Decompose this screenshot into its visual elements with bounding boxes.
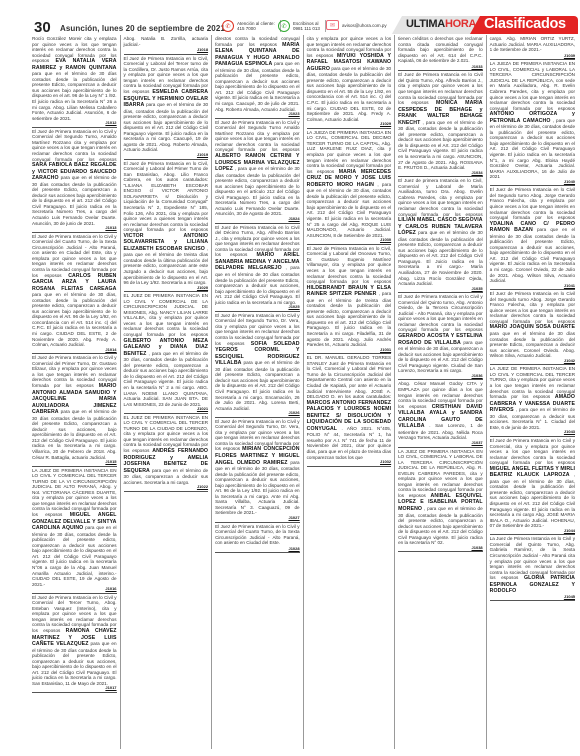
notice-ref: J1023 [215,112,300,117]
notice-names: MARIO JOAQUIN SOSA DUARTE [490,324,575,330]
notice-text: directos contra la sociedad conyugal for… [215,36,300,112]
notice-body: para que en el término de 30 días, conta… [32,525,117,586]
notice-body: para que en el término de 30 días contad… [32,175,117,225]
notice-ref: J1031 [307,348,392,353]
notice-intro: EL DR. MANUEL GERALDO TORRES STANLEY Jue… [307,355,392,399]
legal-notice: Rocío González Moreir cita y emplaza por… [32,35,117,128]
column-2: Abog. Natalia B. Zorrilla, actuaria judi… [121,35,213,749]
notice-body: para que en el término de 30 días contad… [215,360,300,410]
legal-notice: El Juez de Primera Instancia en lo Civil… [398,71,483,177]
legal-notice: El Juez de Primera Instancia en lo Civil… [124,160,209,293]
column-3: directos contra la sociedad conyugal for… [212,35,304,749]
legal-notice: La Juez de Primera Instancia en lo Civil… [490,535,575,601]
notice-text: El Juez de Primera Instancia en lo Civil… [32,129,117,226]
notice-ref: J1045 [490,595,575,600]
section-banner: Clasificados [470,16,578,34]
legal-notice: El Juez de Primera Instancia en lo Civil… [215,523,300,554]
notice-names: MIGUEL ANGEL FLEITAS Y MIRLI BEATRIZ KLA… [490,466,575,479]
notice-text: LA JUEZ DE PRIMERA INSTANCIA EN LO CIVIL… [32,468,117,587]
legal-notice: El Juez de Primera Instancia en lo Civil… [32,128,117,233]
notice-ref: J1030 [307,238,392,243]
page-header: 30 Asunción, lunes 20 de septiembre de 2… [0,0,580,34]
page-number: 30 [34,19,51,36]
notice-body: para que en el término de 30 días contad… [32,71,117,120]
notice-ref: J1034 [398,171,483,176]
notice-body: para que en el término de 30 días, conta… [215,460,300,516]
notice-text: Abog. Natalia B. Zorrilla, actuaria judi… [124,36,209,48]
notice-text: El Juez de primera Instancia en lo Civil… [398,178,483,286]
contact-label: Escribinos al [293,21,319,26]
notice-intro: El Juez de Primera Instancia en lo Civil… [307,246,392,284]
legal-notice: El Juez de Primera Instancia en lo Civil… [32,594,117,693]
notice-intro: EL JUEZ DE PRIMERA INSTANCIA EN LO CIVIL… [124,293,209,337]
notice-text: El Juez de Primera Instancia en lo Civil… [490,438,575,529]
notice-ref: J1041 [490,284,575,289]
notice-text: El Juez de Primera Instancia en lo Civil… [490,187,575,283]
legal-notice: El Juez de Primera Instancia en lo Civil… [490,437,575,535]
contact-label: Atención al cliente: [237,21,275,26]
notice-text: El Juez de Primera Instancia en lo Civil… [215,120,300,217]
notice-text: El Juez de Primera Instancia en lo Civil… [398,294,483,374]
notice-intro: El Juez de Primera Instancia en lo Civil… [124,161,209,233]
notice-intro: El Juez de primera Instancia en lo Civil… [398,178,483,216]
notice-text: cargo. Abg. MIRIAN ORTIZ YURTZ, Actuario… [490,36,575,54]
section-title: Clasificados [484,16,566,32]
legal-notice: El Juez de Primera Instancia en lo Civil… [215,119,300,224]
notice-body: para que en el término de 30 días contad… [32,409,117,459]
notice-ref: J1018 [124,48,209,53]
classifieds-columns: Rocío González Moreir cita y emplaza por… [29,35,578,749]
column-6: cargo. Abg. MIRIAN ORTIZ YURTZ, Actuario… [487,35,578,749]
legal-notice: directos contra la sociedad conyugal for… [215,35,300,119]
legal-notice: LA JUEZ DE PRIMERA INSTANCIA EN LO CIVIL… [490,365,575,437]
legal-notice: El Juez de Primera Instancia en lo Civil… [32,354,117,466]
notice-ref: J1043 [490,430,575,435]
notice-intro: cargo. Abg. MIRIAN ORTIZ YURTZ, Actuario… [490,36,575,52]
notice-body: , para que en el término de treinta días… [124,246,209,285]
notice-ref: J1021 [124,407,209,412]
notice-intro: El Juez de Primera Instancia en lo Civil… [490,187,575,220]
notice-text: El Juez de Primera Instancia en lo Civil… [215,524,300,547]
legal-notice: LA JUEZA DE PRIMERA INSTANCIA EN LO CIVI… [490,60,575,186]
notice-text: El Juez de Primera Instancia en lo Civil… [398,72,483,170]
notice-body: , para que en el término de 30 días cont… [215,166,300,216]
legal-notice: El Juez de Primera Instancia en lo Civil… [398,293,483,380]
notice-ref: J1015 [32,460,117,465]
notice-ref: J1044 [490,529,575,534]
notice-body: para que en el término de 30 días, conta… [215,61,300,111]
notice-intro: LA JUEZ DE PRIMERA INSTANCIA EN LO CIVIL… [398,449,483,498]
notice-ref: J1026 [215,411,300,416]
legal-notice: El Juez de Primera Instancia en lo Civil… [215,418,300,523]
notice-intro: El Juez de Primera Instancia en lo Civil… [32,234,117,278]
notice-intro: El Juez de Primera Instancia en lo Civil… [215,120,300,153]
notice-text: EL JUEZ DE PRIMERA INSTANCIA EN LO CIVIL… [124,415,209,486]
notice-text: El Juez de Primera Instancia en lo Civil… [490,291,575,359]
notice-text: tienen créditos o derechos que reclamar … [398,36,483,65]
contact-email-text: avisos@uhora.com.py [342,23,387,29]
notice-ref: J1029 [307,122,392,127]
notice-text: EL DR. MANUEL GERALDO TORRES STANLEY Jue… [307,355,392,460]
notice-ref: J1014 [32,348,117,353]
notice-ref: J1037 [398,441,483,446]
notice-intro: LA JUEZA DE PRIMERA INSTANCIA EN LO CIVI… [490,61,575,110]
brand-bar: ULTIMAHORA Clasificados [392,16,580,34]
notice-ref: J1016 [32,587,117,592]
notice-body: , para que en el término de 30 días, con… [307,182,392,238]
notice-ref: J1042 [490,359,575,364]
notice-body: , para que en el término de treinta días… [307,291,392,347]
notice-body: para que en el término de 30 días contad… [490,331,575,358]
notice-ref: J1035 [398,287,483,292]
notice-text: El Juez de Primera Instancia en lo Civil… [215,225,300,306]
notice-ref: J1039 [490,54,575,59]
legal-notice: El Juez de Primera Instancia en lo Civil… [490,290,575,365]
notice-ref: J1013 [32,226,117,231]
notice-body: , para que en el término de 30 días, con… [490,118,575,179]
contact-email: ✉ avisos@uhora.com.py [326,20,387,30]
notice-text: El Juez de Primera Instancia en lo Civil… [215,419,300,516]
notice-ref: J1027 [215,516,300,521]
contact-value: 0981 111 013 [293,26,320,31]
legal-notice: EL DR. MANUEL GERALDO TORRES STANLEY Jue… [307,354,392,466]
notice-intro: LA JUEZA DE PRIMERA INSTANCIA EN LO CIVI… [307,130,392,174]
notice-ref: J1032 [307,460,392,465]
notice-text: El Juez de Primera Instancia en lo Civil… [32,355,117,460]
contact-value: 415 7000 [237,26,256,31]
notice-ref: J1038 [398,546,483,551]
notice-text: Rocío González Moreir cita y emplaza por… [32,36,117,121]
legal-notice: El Juez de Primera Instancia en lo Civil… [215,312,300,418]
ultimahora-logo: ULTIMAHORA [406,18,476,30]
legal-notice: Abog. Natalia B. Zorrilla, actuaria judi… [124,35,209,55]
notice-body: , para que en el término de 30 días cont… [215,265,300,304]
notice-text: EL JUEZ DE PRIMERA INSTANCIA EN LO CIVIL… [124,293,209,407]
notice-ref: J1036 [398,374,483,379]
notice-body: para que en el término de 30 días, conta… [307,66,392,122]
legal-notice: tienen créditos o derechos que reclamar … [398,35,483,71]
notice-names: VICTOR ANTONIO SOLAVARRIETA y LILIANA EL… [124,233,209,252]
notice-text: El Juez de Primera Instancia en lo Civil… [124,161,209,286]
notice-ref: J1025 [215,305,300,310]
notice-text: LA JUEZA DE PRIMERA INSTANCIA EN LO CIVI… [490,61,575,179]
notice-intro: El Juez de Primera Instancia en lo Civil… [215,524,300,546]
legal-notice: cita y emplaza por quince veces a los qu… [307,35,392,129]
notice-body: para que en el término de 30 días contad… [32,641,117,686]
notice-text: Abog. César Manuel Godoy CITA y EMPLAZA … [398,381,483,440]
notice-text: LA JUEZ DE PRIMERA INSTANCIA EN LO CIVIL… [490,366,575,430]
notice-text: La Juez de Primera Instancia en lo Civil… [490,536,575,594]
notice-ref: J1024 [215,217,300,222]
notice-body: para que en el término de 30 días contad… [490,227,575,283]
notice-intro: El Juez de Primera Instancia en lo Civil… [32,129,117,162]
column-1: Rocío González Moreir cita y emplaza por… [29,35,121,749]
column-5: tienen créditos o derechos que reclamar … [395,35,487,749]
notice-text: LA JUEZA DE PRIMERA INSTANCIA EN LO CIVI… [307,130,392,238]
whatsapp-icon: ✆ [278,20,290,32]
legal-notice: El Juez de Primera Instancia en lo Civil… [215,224,300,312]
notice-body: para que en el término de 30 días, conta… [32,292,117,347]
notice-intro: El Juez de Primera Instancia en lo Civil… [490,438,575,465]
legal-notice: LA JUEZ DE PRIMERA INSTANCIA EN LO CIVIL… [398,448,483,553]
phone-icon: ✆ [222,20,234,32]
notice-body: , para que en el término de 30 días, con… [124,351,209,407]
notice-ref: J1012 [32,121,117,126]
mail-icon: ✉ [326,20,339,30]
notice-ref: J1028 [215,547,300,552]
legal-notice: EL JUEZ DE PRIMERA INSTANCIA EN LO CIVIL… [124,414,209,492]
notice-body: , para que en el término de 30 días, con… [398,120,483,170]
notice-text: El Juez de Primera Instancia en lo Civil… [32,595,117,687]
notice-text: LA JUEZ DE PRIMERA INSTANCIA EN LO CIVIL… [398,449,483,546]
notice-text: El Juez de Primera Instancia en lo Civil… [124,56,209,153]
notice-intro: La Juez de Primera Instancia en lo Civil… [490,536,575,580]
column-4: cita y emplaza por quince veces a los qu… [304,35,396,749]
notice-intro: LA JUEZ DE PRIMERA INSTANCIA EN LO CIVIL… [32,468,117,517]
legal-notice: cargo. Abg. MIRIAN ORTIZ YURTZ, Actuario… [490,35,575,60]
notice-ref: J1017 [32,686,117,691]
legal-notice: El Juez de Primera Instancia en lo Civil… [490,186,575,290]
notice-intro: El Juez de Primera Instancia en lo Civil… [490,291,575,324]
notice-intro: El Juez de Primera Instancia en lo Civil… [398,294,483,332]
notice-text: El Juez de Primera Instancia en lo Civil… [32,234,117,348]
notice-text: El Juez de Primera Instancia en lo Civil… [215,313,300,411]
legal-notice: LA JUEZ DE PRIMERA INSTANCIA EN LO CIVIL… [32,467,117,594]
notice-body: para que en el término de 30 días contad… [398,230,483,286]
notice-body: para que en el término de 30 días, conta… [124,102,209,152]
notice-body: , para que en el término de 30 días, con… [490,472,575,528]
notice-text: cita y emplaza por quince veces a los qu… [307,36,392,122]
contact-whatsapp: ✆ Escribinos al0981 111 013 [278,20,326,32]
legal-notice: El Juez de Primera Instancia en lo Civil… [32,233,117,355]
legal-notice: El Juez de Primera Instancia en lo Civil… [307,245,392,354]
notice-ref: J1040 [490,180,575,185]
notice-ref: J1033 [398,65,483,70]
notice-ref: J1020 [124,286,209,291]
legal-notice: LA JUEZA DE PRIMERA INSTANCIA EN LO CIVI… [307,129,392,245]
legal-notice: El Juez de primera Instancia en lo Civil… [398,177,483,293]
legal-notice: EL JUEZ DE PRIMERA INSTANCIA EN LO CIVIL… [124,292,209,414]
notice-body: , para que en el término de 30 días, con… [398,506,483,545]
notice-ref: J1019 [124,153,209,158]
dateline: Asunción, lunes 20 de septiembre de 2021 [60,24,225,33]
notice-text: El Juez de Primera Instancia en lo Civil… [307,246,392,348]
legal-notice: Abog. César Manuel Godoy CITA y EMPLAZA … [398,380,483,447]
legal-notice: El Juez de Primera Instancia en lo Civil… [124,55,209,160]
notice-ref: J1022 [124,485,209,490]
contact-phone: ✆ Atención al cliente:415 7000 [222,20,281,32]
notice-intro: tienen créditos o derechos que reclamar … [398,36,483,63]
notice-intro: Abog. Natalia B. Zorrilla, actuaria judi… [124,36,209,47]
